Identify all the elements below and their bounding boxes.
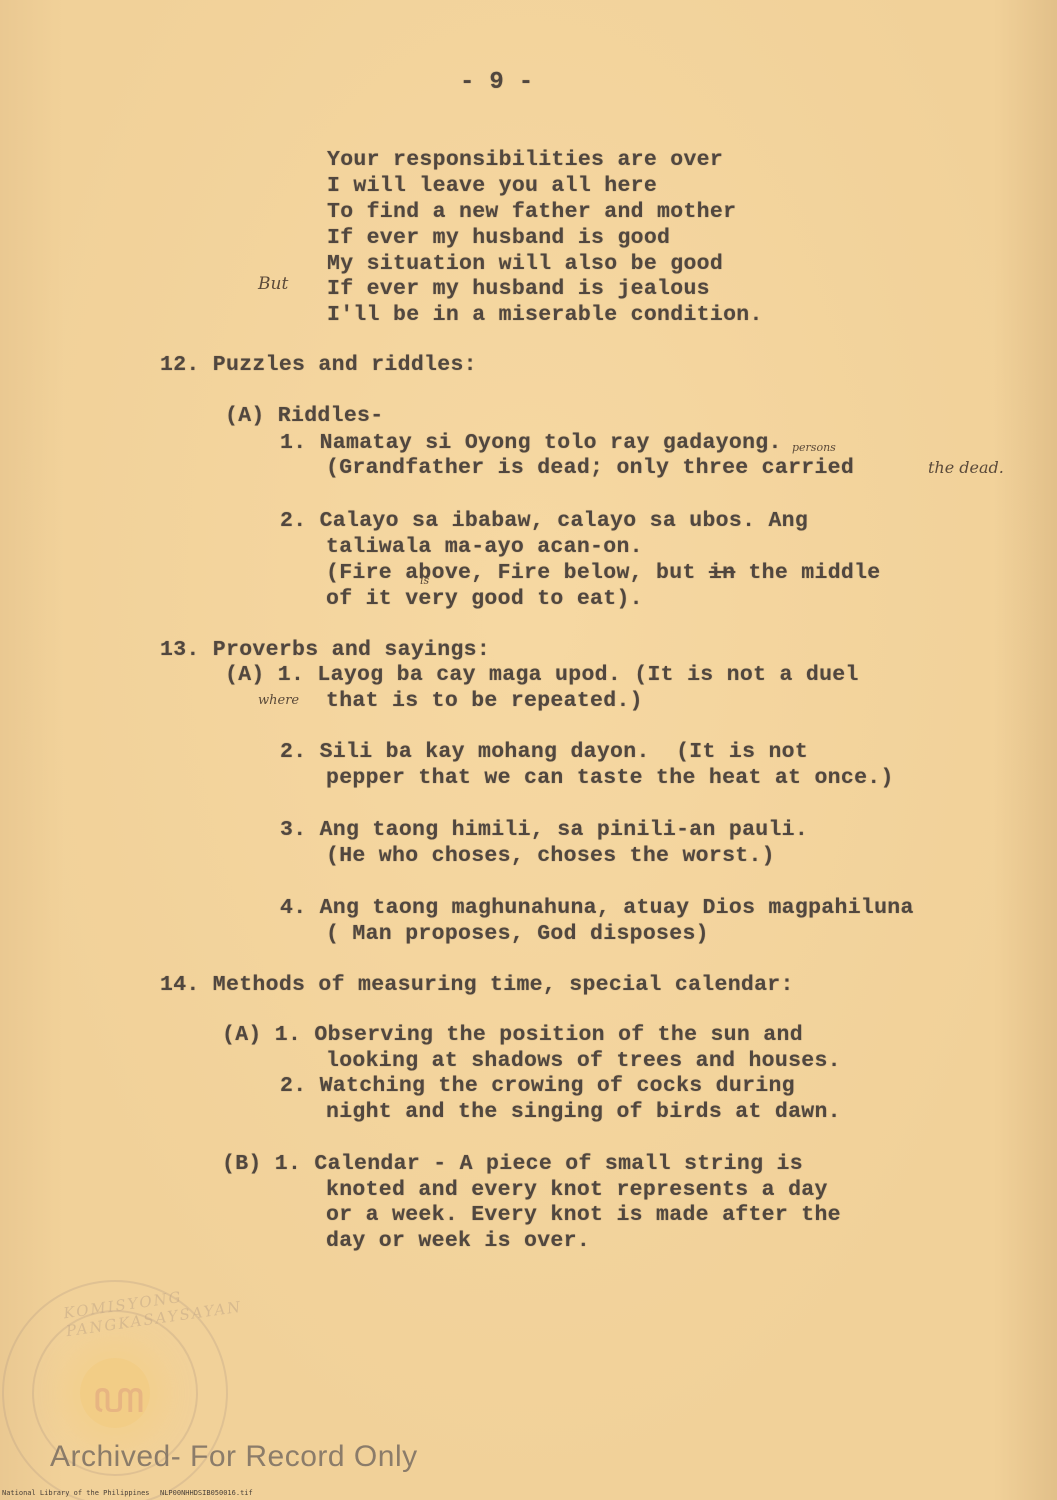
method-line: looking at shadows of trees and houses. <box>326 1048 841 1074</box>
method-line: (B) 1. Calendar - A piece of small strin… <box>222 1151 803 1177</box>
subsection-label: (A) Riddles- <box>225 403 383 429</box>
handwritten-annotation: the dead. <box>928 458 1004 477</box>
section-heading: 14. Methods of measuring time, special c… <box>160 972 794 998</box>
method-line: (A) 1. Observing the position of the sun… <box>222 1022 803 1048</box>
method-line: knoted and every knot represents a day <box>326 1177 828 1203</box>
proverb-line: that is to be repeated.) <box>326 688 643 714</box>
riddle-line: (Fire above, Fire below, but in the midd… <box>326 560 881 586</box>
proverb-line: pepper that we can taste the heat at onc… <box>326 765 894 791</box>
poem-line: To find a new father and mother <box>327 199 736 225</box>
poem-line: I will leave you all here <box>327 173 657 199</box>
riddle-line: 1. Namatay si Oyong tolo ray gadayong. <box>280 430 782 456</box>
footer-file-id: NLP00NHHDSIB050016.tif <box>160 1489 253 1497</box>
handwritten-annotation: But <box>258 274 288 294</box>
riddle-text: (Fire above, Fire below, but <box>326 561 709 585</box>
struck-text: in <box>709 561 735 585</box>
riddle-text: the middle <box>735 561 880 585</box>
proverb-line: 2. Sili ba kay mohang dayon. (It is not <box>280 739 808 765</box>
poem-line: I'll be in a miserable condition. <box>327 302 763 328</box>
poem-line: Your responsibilities are over <box>327 147 723 173</box>
poem-line: If ever my husband is good <box>327 225 670 251</box>
method-line: day or week is over. <box>326 1228 590 1254</box>
proverb-line: 4. Ang taong maghunahuna, atuay Dios mag… <box>280 895 914 921</box>
method-line: night and the singing of birds at dawn. <box>326 1099 841 1125</box>
method-line: or a week. Every knot is made after the <box>326 1202 841 1228</box>
riddle-line: taliwala ma-ayo acan-on. <box>326 534 643 560</box>
footer-library: National Library of the Philippines <box>2 1489 150 1497</box>
proverb-line: (A) 1. Layog ba cay maga upod. (It is no… <box>225 662 859 688</box>
handwritten-annotation: where <box>258 693 299 708</box>
proverb-line: ( Man proposes, God disposes) <box>326 921 709 947</box>
riddle-line: 2. Calayo sa ibabaw, calayo sa ubos. Ang <box>280 508 808 534</box>
method-line: 2. Watching the crowing of cocks during <box>280 1073 795 1099</box>
poem-line: My situation will also be good <box>327 251 723 277</box>
handwritten-insert: is <box>420 574 429 587</box>
poem-line: If ever my husband is jealous <box>327 276 710 302</box>
archived-watermark: Archived- For Record Only <box>50 1440 418 1474</box>
page-number: - 9 - <box>460 70 534 96</box>
section-heading: 12. Puzzles and riddles: <box>160 352 477 378</box>
proverb-line: (He who choses, choses the worst.) <box>326 843 775 869</box>
section-heading: 13. Proverbs and sayings: <box>160 637 490 663</box>
handwritten-insert: persons <box>792 441 836 454</box>
riddle-line: of it very good to eat). <box>326 586 643 612</box>
proverb-line: 3. Ang taong himili, sa pinili-an pauli. <box>280 817 808 843</box>
riddle-line: (Grandfather is dead; only three carried <box>326 455 854 481</box>
